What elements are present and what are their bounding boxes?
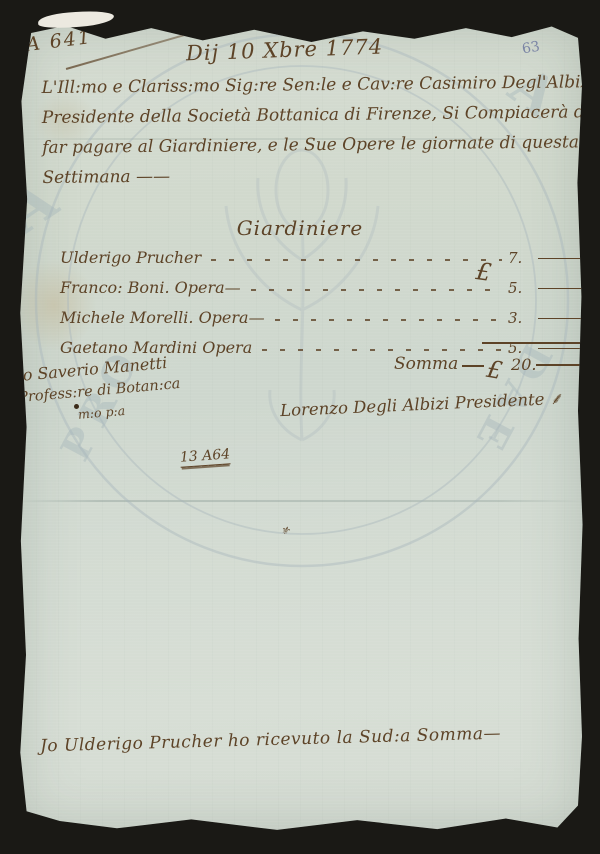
pencil-folio-number: 63 xyxy=(521,39,541,58)
signature-albizi: Lorenzo Degli Albizi Presidente ⸙ xyxy=(280,386,563,421)
reference-number: 13 A64 xyxy=(179,446,230,467)
dotted-leader xyxy=(211,259,502,261)
total-dash xyxy=(462,365,483,367)
amount-value: 3. xyxy=(508,309,538,327)
rule-line xyxy=(538,288,586,290)
paragraph-line: far pagare al Giardiniere, e le Sue Oper… xyxy=(42,127,600,163)
total-row: Somma £ 20. xyxy=(394,350,586,378)
total-amount: 20. xyxy=(511,355,536,374)
worker-name: Michele Morelli. Opera— xyxy=(60,308,265,327)
archival-number: A 641 xyxy=(25,26,93,56)
manuscript-paper: PRO DAE A A A 641 Dij 10 Xbre 1774 63 L'… xyxy=(14,20,586,834)
paragraph-line: Settimana —— xyxy=(42,157,600,193)
fleuron-icon: ⚜ xyxy=(279,523,291,538)
ledger-row: Ulderigo Prucher 7. xyxy=(60,248,586,267)
receipt-line: Jo Ulderigo Prucher ho ricevuto la Sud:a… xyxy=(40,724,501,757)
lira-symbol: £ xyxy=(484,355,504,385)
order-paragraph: L'Ill:mo e Clariss:mo Sig:re Sen:le e Ca… xyxy=(41,67,600,193)
signature-manetti: Jo Saverio Manetti Profess:re di Botan:c… xyxy=(15,351,183,431)
rule-line xyxy=(538,318,586,320)
ink-speck xyxy=(74,404,79,409)
worker-name: Franco: Boni. Opera— xyxy=(60,278,241,297)
date-line: Dij 10 Xbre 1774 xyxy=(186,35,384,66)
total-overline xyxy=(482,342,586,344)
scan-stage: PRO DAE A A A 641 Dij 10 Xbre 1774 63 L'… xyxy=(0,0,600,854)
worker-name: Ulderigo Prucher xyxy=(60,248,201,267)
rule-line xyxy=(538,258,586,260)
fold-crease xyxy=(14,500,586,502)
total-label: Somma xyxy=(394,354,458,374)
rule-line xyxy=(536,364,586,366)
amount-value: 7. xyxy=(508,249,538,267)
dotted-leader xyxy=(251,289,502,291)
ledger-row: Franco: Boni. Opera— 5. xyxy=(60,278,586,297)
torn-corner-chip xyxy=(38,9,115,29)
dotted-leader xyxy=(275,319,502,321)
section-heading: Giardiniere xyxy=(14,216,586,240)
amount-value: 5. xyxy=(508,279,538,297)
ledger-row: Michele Morelli. Opera— 3. xyxy=(60,308,586,327)
